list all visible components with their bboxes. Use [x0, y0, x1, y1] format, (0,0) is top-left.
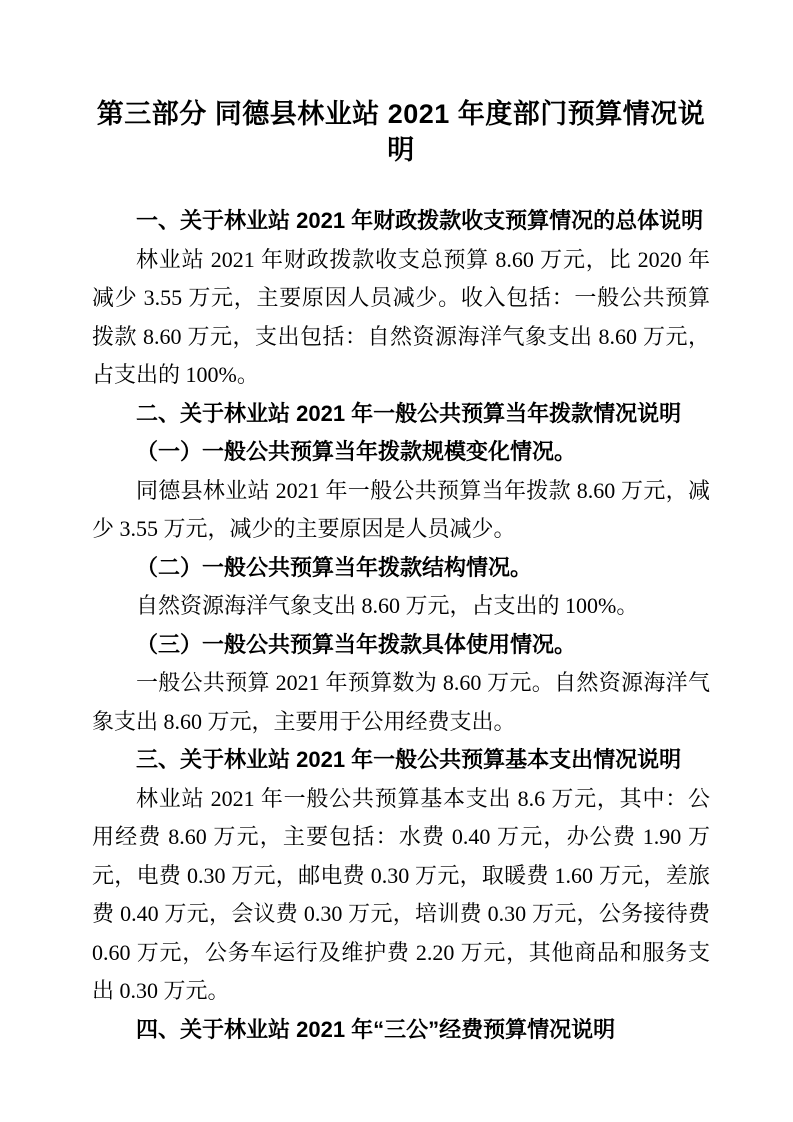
- document-title: 第三部分 同德县林业站 2021 年度部门预算情况说明: [92, 96, 710, 168]
- paragraph: 林业站 2021 年财政拨款收支总预算 8.60 万元，比 2020 年减少 3…: [92, 241, 710, 395]
- paragraph: 自然资源海洋气象支出 8.60 万元，占支出的 100%。: [92, 587, 710, 626]
- section-heading: 三、关于林业站 2021 年一般公共预算基本支出情况说明: [92, 741, 710, 780]
- document-body: 一、关于林业站 2021 年财政拨款收支预算情况的总体说明林业站 2021 年财…: [92, 202, 710, 1049]
- sub-heading: （三）一般公共预算当年拨款具体使用情况。: [92, 626, 710, 665]
- paragraph: 一般公共预算 2021 年预算数为 8.60 万元。自然资源海洋气象支出 8.6…: [92, 664, 710, 741]
- document-page: 第三部分 同德县林业站 2021 年度部门预算情况说明 一、关于林业站 2021…: [0, 0, 793, 1122]
- document-content: 第三部分 同德县林业站 2021 年度部门预算情况说明 一、关于林业站 2021…: [92, 0, 710, 1049]
- paragraph: 同德县林业站 2021 年一般公共预算当年拨款 8.60 万元，减少 3.55 …: [92, 472, 710, 549]
- section-heading: 二、关于林业站 2021 年一般公共预算当年拨款情况说明: [92, 395, 710, 434]
- sub-heading: （一）一般公共预算当年拨款规模变化情况。: [92, 433, 710, 472]
- sub-heading: （二）一般公共预算当年拨款结构情况。: [92, 549, 710, 588]
- section-heading: 一、关于林业站 2021 年财政拨款收支预算情况的总体说明: [92, 202, 710, 241]
- paragraph: 林业站 2021 年一般公共预算基本支出 8.6 万元，其中：公用经费 8.60…: [92, 780, 710, 1011]
- section-heading: 四、关于林业站 2021 年“三公”经费预算情况说明: [92, 1011, 710, 1050]
